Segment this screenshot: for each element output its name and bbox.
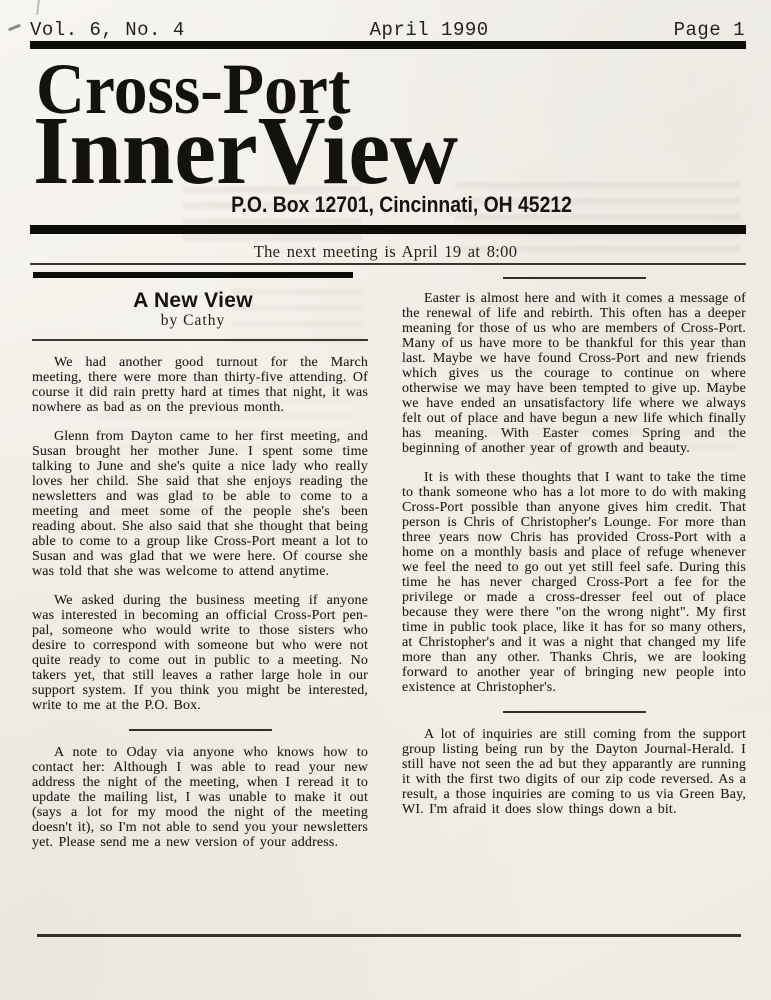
masthead-address: P.O. Box 12701, Cincinnati, OH 45212	[231, 192, 541, 218]
scan-pen-mark	[8, 24, 21, 32]
meeting-notice: The next meeting is April 19 at 8:00	[0, 242, 771, 262]
paragraph: Easter is almost here and with it comes …	[402, 291, 746, 456]
section-divider	[503, 711, 646, 713]
page-bottom-rule	[37, 934, 741, 937]
section-divider	[129, 729, 272, 731]
header-rule-bar	[30, 41, 746, 49]
paragraph: We asked during the business meeting if …	[32, 593, 368, 713]
section-divider	[503, 277, 646, 279]
banner-rule	[30, 263, 746, 265]
issue-date: April 1990	[370, 19, 489, 41]
page-header: Vol. 6, No. 4 April 1990 Page 1	[30, 19, 745, 41]
article-title: A New View	[33, 290, 353, 312]
article-byline: by Cathy	[33, 313, 353, 328]
paragraph: A note to Oday via anyone who knows how …	[32, 745, 368, 850]
paragraph: It is with these thoughts that I want to…	[402, 470, 746, 695]
article-heading-bar	[33, 272, 353, 278]
masthead-rule-bar	[30, 225, 746, 234]
newsletter-page: Vol. 6, No. 4 April 1990 Page 1 Cross-Po…	[0, 0, 771, 1000]
volume-number: Vol. 6, No. 4	[30, 19, 185, 41]
right-column: Easter is almost here and with it comes …	[402, 270, 746, 817]
page-number: Page 1	[674, 19, 745, 41]
paragraph: We had another good turnout for the Marc…	[32, 355, 368, 415]
paragraph: Glenn from Dayton came to her first meet…	[32, 429, 368, 579]
article-heading-rule	[32, 339, 368, 341]
scan-crease	[36, 0, 40, 15]
left-column: A New View by Cathy We had another good …	[32, 270, 368, 850]
masthead-title-line2: InnerView	[33, 102, 458, 200]
paragraph: A lot of inquiries are still coming from…	[402, 727, 746, 817]
